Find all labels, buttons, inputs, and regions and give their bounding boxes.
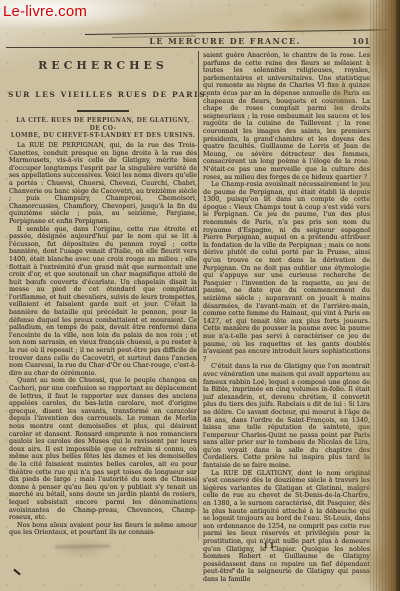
- article-title: RECHERCHES: [8, 59, 198, 72]
- paragraph: Nos bons aïeux avaient pour les fleurs l…: [9, 522, 197, 537]
- chapter-heading-line2: LOMBE, DU CHEVET-ST-LANDRY ET DES URSINS…: [10, 132, 196, 140]
- left-column-text: La RUE DE PERPIGNAN, qui, de la rue des …: [9, 142, 197, 537]
- paragraph: C'était dans la rue de Glatigny que l'on…: [203, 363, 370, 469]
- ink-speck: [232, 568, 235, 570]
- chapter-heading: LA CITÉ. RUES DE PERPIGNAN, DE GLATIGNY,…: [10, 117, 196, 140]
- paragraph: Il semble que, dans l'origine, cette rue…: [9, 226, 197, 378]
- paragraph: Quant au nom de Chuessi, que le peuple c…: [9, 377, 197, 521]
- ink-smudge: [55, 545, 110, 549]
- ink-speck: [13, 569, 20, 576]
- signature-mark: 11: [263, 541, 275, 550]
- watermark: Le-livre.com: [3, 3, 87, 20]
- running-head: LE MERCURE DE FRANCE.: [110, 36, 340, 46]
- book-fore-edge: [370, 0, 400, 591]
- scratch-mark: [85, 29, 393, 35]
- book-fore-edge-shadow: [396, 0, 400, 591]
- title-divider-rule: [77, 110, 129, 112]
- page-number: 101: [352, 36, 370, 46]
- paragraph: saient guère Anacréon, le chantre de la …: [203, 52, 370, 181]
- paragraph: La RUE DE PERPIGNAN, qui, de la rue des …: [9, 142, 197, 226]
- paragraph: La RUE DE GLATIGNY, dont le nom original…: [203, 470, 370, 584]
- right-column-text: saient guère Anacréon, le chantre de la …: [203, 52, 370, 584]
- article-subtitle: SUR LES VIEILLES RUES DE PARIS.: [8, 90, 198, 99]
- header-rule: [6, 47, 370, 48]
- chapter-heading-line1: LA CITÉ. RUES DE PERPIGNAN, DE GLATIGNY,…: [10, 117, 196, 132]
- column-divider: [198, 51, 199, 540]
- paragraph: Le Champ-rosia avoisinait nécessairement…: [203, 181, 370, 363]
- scanned-book-page: Le-livre.com LE MERCURE DE FRANCE. 101 R…: [0, 0, 400, 591]
